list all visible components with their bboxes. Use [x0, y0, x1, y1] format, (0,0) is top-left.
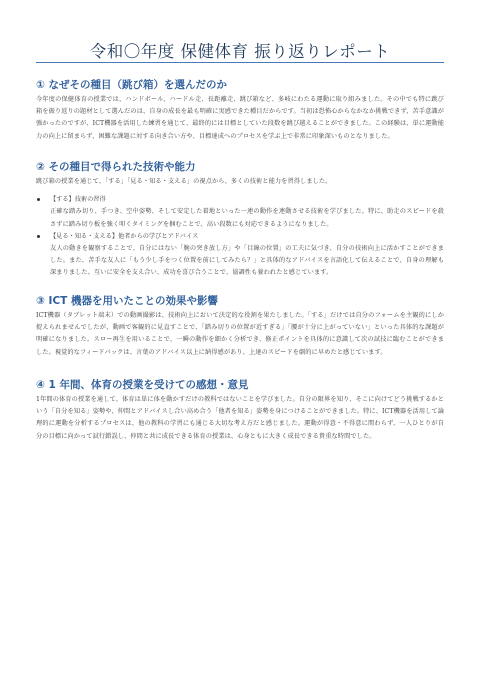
bullet-text: 友人の動きを観察することで、自分にはない「腕の突き放し方」や「目線の位置」の工夫… — [50, 243, 444, 280]
section-4-body: 1年間の体育の授業を通して、体育は単に体を動かすだけの教科ではないことを学びまし… — [36, 394, 444, 443]
section-1-body: 今年度の保健体育の授業では、ハンドボール、ハードル走、長距離走、跳び箱など、多岐… — [36, 94, 444, 143]
bullet-icon — [37, 235, 40, 238]
document-title: 令和〇年度 保健体育 振り返りレポート — [36, 38, 444, 62]
section-2-intro: 跳び箱の授業を通じて、「する」「見る・知る・支える」の視点から、多くの技術と能力… — [36, 176, 444, 188]
report-page: 令和〇年度 保健体育 振り返りレポート ① なぜその種目（跳び箱）を選んだのか … — [0, 0, 480, 679]
section-2: ② その種目で得られた技術や能力 跳び箱の授業を通じて、「する」「見る・知る・支… — [36, 160, 444, 280]
title-divider — [36, 62, 444, 63]
section-2-heading: ② その種目で得られた技術や能力 — [36, 160, 444, 174]
section-4: ④ 1 年間、体育の授業を受けての感想・意見 1年間の体育の授業を通して、体育は… — [36, 378, 444, 443]
bullet-title: 【見る・知る・支える】他者からの学びとアドバイス — [50, 231, 444, 243]
section-3-body: ICT機器（タブレット端末）での動画撮影は、技術向上において決定的な役割を果たし… — [36, 310, 444, 359]
bullet-icon — [37, 198, 40, 201]
bullet-title: 【する】技術の習得 — [50, 194, 444, 206]
list-item: 【する】技術の習得 正確な踏み切り、手つき、空中姿勢、そして安定した着地といった… — [36, 194, 444, 231]
bullet-text: 正確な踏み切り、手つき、空中姿勢、そして安定した着地といった一連の動作を連動させ… — [50, 206, 444, 230]
list-item: 【見る・知る・支える】他者からの学びとアドバイス 友人の動きを観察することで、自… — [36, 231, 444, 280]
skills-list: 【する】技術の習得 正確な踏み切り、手つき、空中姿勢、そして安定した着地といった… — [36, 194, 444, 279]
section-1: ① なぜその種目（跳び箱）を選んだのか 今年度の保健体育の授業では、ハンドボール… — [36, 78, 444, 143]
section-1-heading: ① なぜその種目（跳び箱）を選んだのか — [36, 78, 444, 92]
section-3: ③ ICT 機器を用いたことの効果や影響 ICT機器（タブレット端末）での動画撮… — [36, 294, 444, 359]
section-4-heading: ④ 1 年間、体育の授業を受けての感想・意見 — [36, 378, 444, 392]
section-3-heading: ③ ICT 機器を用いたことの効果や影響 — [36, 294, 444, 308]
